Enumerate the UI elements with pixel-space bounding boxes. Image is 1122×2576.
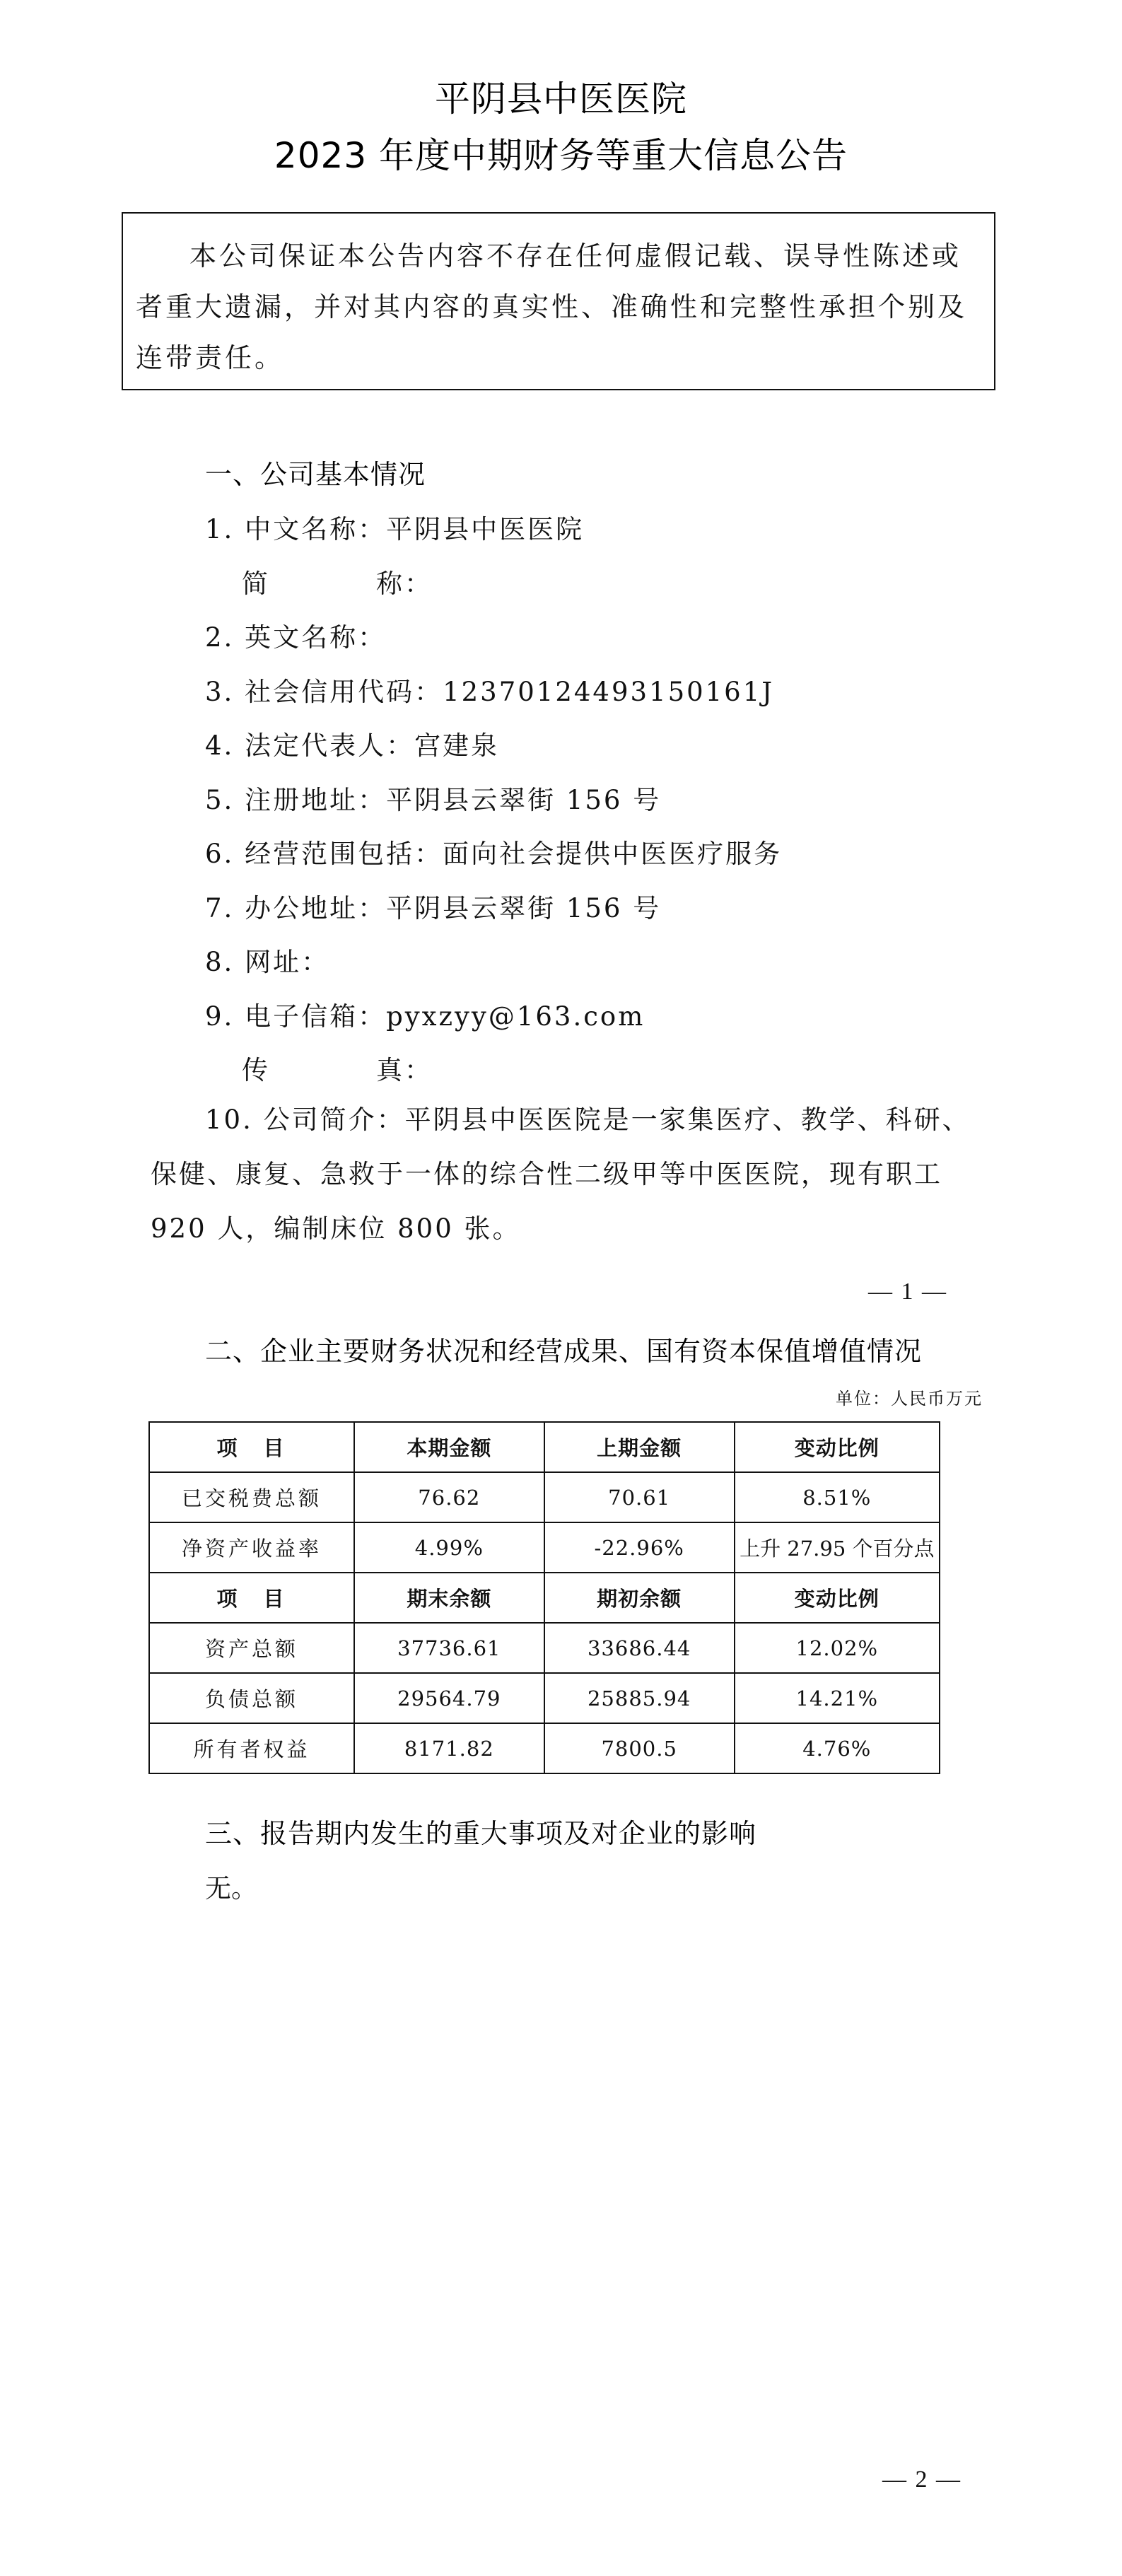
item-value: 平阴县云翠街 156 号	[386, 893, 661, 923]
item-value: 宫建泉	[414, 730, 499, 761]
header-cell: 上期金额	[544, 1422, 735, 1472]
document-title-line1: 平阴县中医医院	[0, 71, 1122, 122]
table-cell: 33686.44	[544, 1623, 735, 1673]
item-value: 面向社会提供中医医疗服务	[443, 839, 782, 869]
page-number-1: — 1 —	[868, 1278, 947, 1305]
table-cell: 76.62	[354, 1472, 544, 1522]
table-cell: 4.99%	[354, 1522, 544, 1573]
section1-heading: 一、公司基本情况	[205, 453, 426, 491]
item-value: 平阴县中医医院	[386, 514, 584, 544]
table-cell: 8.51%	[735, 1472, 940, 1522]
item-label: 1. 中文名称：	[205, 514, 386, 544]
table-header-row: 项 目 本期金额 上期金额 变动比例	[149, 1422, 940, 1472]
table-header-row: 项 目 期末余额 期初余额 变动比例	[149, 1573, 940, 1623]
item-office-address: 7. 办公地址：平阴县云翠街 156 号	[205, 887, 661, 925]
item-label: 8. 网址：	[205, 947, 329, 977]
table-cell: -22.96%	[544, 1522, 735, 1573]
guarantee-statement-box: 本公司保证本公告内容不存在任何虚假记载、误导性陈述或者重大遗漏，并对其内容的真实…	[122, 212, 995, 390]
item-email: 9. 电子信箱：pyxzyy@163.com	[205, 995, 645, 1033]
section3-body: 无。	[205, 1867, 257, 1905]
item-value: 12370124493150161J	[443, 677, 774, 707]
item-value: 平阴县云翠街 156 号	[386, 785, 661, 815]
company-intro: 10. 公司简介：平阴县中医医院是一家集医疗、教学、科研、保健、康复、急救于一体…	[151, 1092, 985, 1256]
header-cell: 期末余额	[354, 1573, 544, 1623]
header-cell: 期初余额	[544, 1573, 735, 1623]
guarantee-statement: 本公司保证本公告内容不存在任何虚假记载、误导性陈述或者重大遗漏，并对其内容的真实…	[136, 231, 981, 383]
table-cell: 8171.82	[354, 1723, 544, 1773]
item-website: 8. 网址：	[205, 940, 329, 979]
section3-heading: 三、报告期内发生的重大事项及对企业的影响	[205, 1812, 756, 1851]
item-label-b: 称：	[376, 569, 433, 599]
item-fax: 传真：	[242, 1049, 433, 1087]
table-cell: 70.61	[544, 1472, 735, 1522]
header-cell: 变动比例	[735, 1422, 940, 1472]
page-number-2: — 2 —	[882, 2466, 962, 2493]
table-cell: 29564.79	[354, 1673, 544, 1723]
item-credit-code: 3. 社会信用代码：12370124493150161J	[205, 670, 774, 709]
table-row: 资产总额 37736.61 33686.44 12.02%	[149, 1623, 940, 1673]
unit-label: 单位：人民币万元	[836, 1385, 983, 1409]
table-row: 负债总额 29564.79 25885.94 14.21%	[149, 1673, 940, 1723]
table-row: 已交税费总额 76.62 70.61 8.51%	[149, 1472, 940, 1522]
financial-table: 项 目 本期金额 上期金额 变动比例 已交税费总额 76.62 70.61 8.…	[148, 1421, 940, 1774]
item-label: 2. 英文名称：	[205, 622, 386, 653]
table-cell: 上升 27.95 个百分点	[735, 1522, 940, 1573]
header-cell: 本期金额	[354, 1422, 544, 1472]
item-business-scope: 6. 经营范围包括：面向社会提供中医医疗服务	[205, 832, 782, 870]
table-cell: 所有者权益	[149, 1723, 354, 1773]
item-registered-address: 5. 注册地址：平阴县云翠街 156 号	[205, 779, 661, 817]
header-cell: 项 目	[149, 1573, 354, 1623]
table-cell: 资产总额	[149, 1623, 354, 1673]
table-row: 所有者权益 8171.82 7800.5 4.76%	[149, 1723, 940, 1773]
table-cell: 37736.61	[354, 1623, 544, 1673]
item-label: 3. 社会信用代码：	[205, 677, 443, 707]
table-cell: 7800.5	[544, 1723, 735, 1773]
header-cell: 项 目	[149, 1422, 354, 1472]
table-cell: 12.02%	[735, 1623, 940, 1673]
item-label-a: 传	[242, 1055, 270, 1085]
table-cell: 负债总额	[149, 1673, 354, 1723]
table-cell: 4.76%	[735, 1723, 940, 1773]
table-cell: 已交税费总额	[149, 1472, 354, 1522]
document-title-line2: 2023 年度中期财务等重大信息公告	[0, 127, 1122, 178]
item-short-name: 简称：	[242, 562, 433, 600]
item-legal-representative: 4. 法定代表人：宫建泉	[205, 724, 499, 762]
table-cell: 14.21%	[735, 1673, 940, 1723]
item-value: pyxzyy@163.com	[386, 1001, 645, 1032]
item-label-b: 真：	[376, 1055, 433, 1085]
item-label: 4. 法定代表人：	[205, 730, 414, 761]
company-intro-paragraph: 10. 公司简介：平阴县中医医院是一家集医疗、教学、科研、保健、康复、急救于一体…	[151, 1092, 985, 1256]
table-cell: 25885.94	[544, 1673, 735, 1723]
table-row: 净资产收益率 4.99% -22.96% 上升 27.95 个百分点	[149, 1522, 940, 1573]
item-label: 6. 经营范围包括：	[205, 839, 443, 869]
item-label: 9. 电子信箱：	[205, 1001, 386, 1032]
item-chinese-name: 1. 中文名称：平阴县中医医院	[205, 508, 584, 546]
item-label: 7. 办公地址：	[205, 893, 386, 923]
item-english-name: 2. 英文名称：	[205, 616, 386, 654]
item-label-a: 简	[242, 569, 270, 599]
item-label: 5. 注册地址：	[205, 785, 386, 815]
section2-heading: 二、企业主要财务状况和经营成果、国有资本保值增值情况	[205, 1329, 922, 1368]
header-cell: 变动比例	[735, 1573, 940, 1623]
table-cell: 净资产收益率	[149, 1522, 354, 1573]
